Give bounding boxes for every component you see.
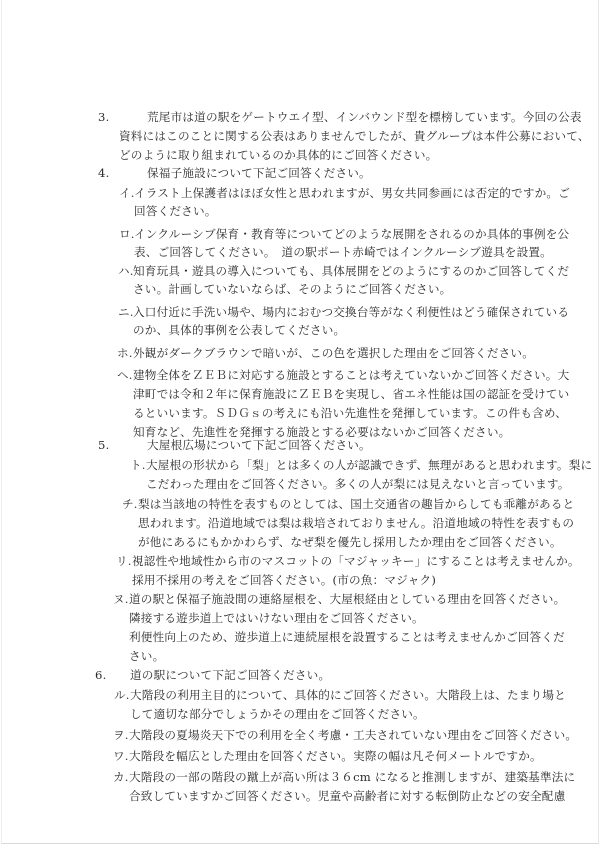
item-text: 梨は当該地の特性を表すものとしては、国土交通省の趣旨からしても乖離があると xyxy=(138,495,574,513)
item-text: 回答ください。 xyxy=(134,202,217,220)
item-text: 大階段を幅広とした理由を回答ください。実際の幅は凡そ何メートルですか。 xyxy=(129,747,542,765)
item-marker: ホ. xyxy=(117,344,133,362)
item-marker: カ. xyxy=(113,768,129,786)
item-text: のか、具体的事例を公表してください。 xyxy=(133,321,345,339)
item-text: 採用不採用の考えをご回答ください。(市の魚：マジャク) xyxy=(132,571,436,589)
item-marker: チ. xyxy=(122,495,138,513)
section-text: 荒尾市は道の駅をゲートウエイ型、インバウンド型を標榜しています。今回の公表 xyxy=(147,108,582,126)
item-marker: ハ. xyxy=(118,262,134,280)
item-text: 利便性向上のため、遊歩道上に連続屋根を設置することは考えませんかご回答くだ xyxy=(129,628,565,646)
section-number: 5. xyxy=(98,436,109,454)
item-text: インクルーシブ保育・教育等についてどのような展開をされるのか具体的事例を公 xyxy=(134,225,569,243)
item-text: 外観がダークブラウンで暗いが、この色を選択した理由をご回答ください。 xyxy=(133,344,534,362)
item-marker: ヌ. xyxy=(113,590,129,608)
item-marker: リ. xyxy=(116,552,132,570)
section-heading: 道の駅について下記ご回答ください。 xyxy=(130,666,330,684)
item-text: 大階段の利用主目的について、具体的にご回答ください。大階段上は、たまり場と xyxy=(130,686,566,704)
item-text: 大階段の夏場炎天下での利用を全く考慮・工夫されていない理由をご回答ください。 xyxy=(129,726,577,744)
item-text: さい。計画していないならば、そのようにご回答ください。 xyxy=(133,280,451,298)
section-heading: 保福子施設について下記ご回答ください。 xyxy=(147,164,371,182)
item-text: 道の駅と保福子施設間の連絡屋根を、大屋根経由としている理由を回答ください。 xyxy=(129,590,565,608)
item-text: 大階段の一部の階段の蹴上が高い所は３６cm になると推測しますが、建築基準法に xyxy=(129,768,575,786)
item-marker: イ. xyxy=(119,184,135,202)
item-marker: ロ. xyxy=(119,225,135,243)
item-text: 入口付近に手洗い場や、場内におむつ交換台等がなく利便性はどう確保されている xyxy=(133,303,569,321)
item-text: 表、ご回答してください。 道の駅ポート赤崎ではインクルーシブ遊具を設置。 xyxy=(134,243,552,261)
item-text: が他にあるにもかかわらず、なぜ梨を優先し採用したか理由をご回答ください。 xyxy=(138,533,562,551)
item-marker: ヲ. xyxy=(113,726,129,744)
item-text: して適切な部分でしょうかその理由をご回答ください。 xyxy=(130,705,425,723)
item-text: 知育玩具・遊具の導入についても、具体展開をどのようにするのかご回答してくだ xyxy=(133,262,569,280)
item-marker: ニ. xyxy=(118,303,134,321)
item-text: 建物全体をＺＥＢに対応する施設とすることは考えていないかご回答ください。大 xyxy=(133,366,569,384)
item-text: 津町では令和２年に保育施設にＺＥＢを実現し、省エネ性能は国の認証を受けてい xyxy=(133,385,569,403)
item-marker: ル. xyxy=(114,686,130,704)
item-text: さい。 xyxy=(129,647,164,665)
item-text: 視認性や地域性から市のマスコットの「マジャッキー」にすることは考えませんか。 xyxy=(132,552,580,570)
item-marker: ト. xyxy=(130,456,146,474)
item-text: 大屋根の形状から「梨」とは多くの人が認識できず、無理があると思われます。梨に xyxy=(146,456,592,474)
section-number: 6. xyxy=(95,666,106,684)
item-text: イラスト上保護者はほぼ女性と思われますが、男女共同参画には否定的ですか。ご xyxy=(134,184,570,202)
item-text: こだわった理由をご回答ください。多くの人が梨には見えないと言っています。 xyxy=(146,475,570,493)
item-text: 隣接する遊歩道上ではいけない理由をご回答ください。 xyxy=(129,609,424,627)
item-text: るといいます。ＳＤＧｓの考えにも沿い先進性を発揮しています。この件も含め、 xyxy=(133,404,567,422)
item-text: 思われます。沿道地域では梨は栽培されておりません。沿道地域の特性を表すもの xyxy=(138,514,574,532)
section-number: 3. xyxy=(98,108,109,126)
item-marker: ヘ. xyxy=(117,366,133,384)
section-text: 資料にはこのことに関する公表はありませんでしたが、貴グループは本件公募において、 xyxy=(119,127,590,145)
section-heading: 大屋根広場について下記ご回答ください。 xyxy=(147,436,371,454)
section-number: 4. xyxy=(98,164,109,182)
item-text: 合致していますかご回答ください。児童や高齢者に対する転倒防止などの安全配慮 xyxy=(129,787,565,805)
document-page: 3. 荒尾市は道の駅をゲートウエイ型、インバウンド型を標榜しています。今回の公表… xyxy=(1,0,599,844)
item-marker: ワ. xyxy=(113,747,129,765)
section-text: どのように取り組まれているのか具体的にご回答ください。 xyxy=(119,146,437,164)
